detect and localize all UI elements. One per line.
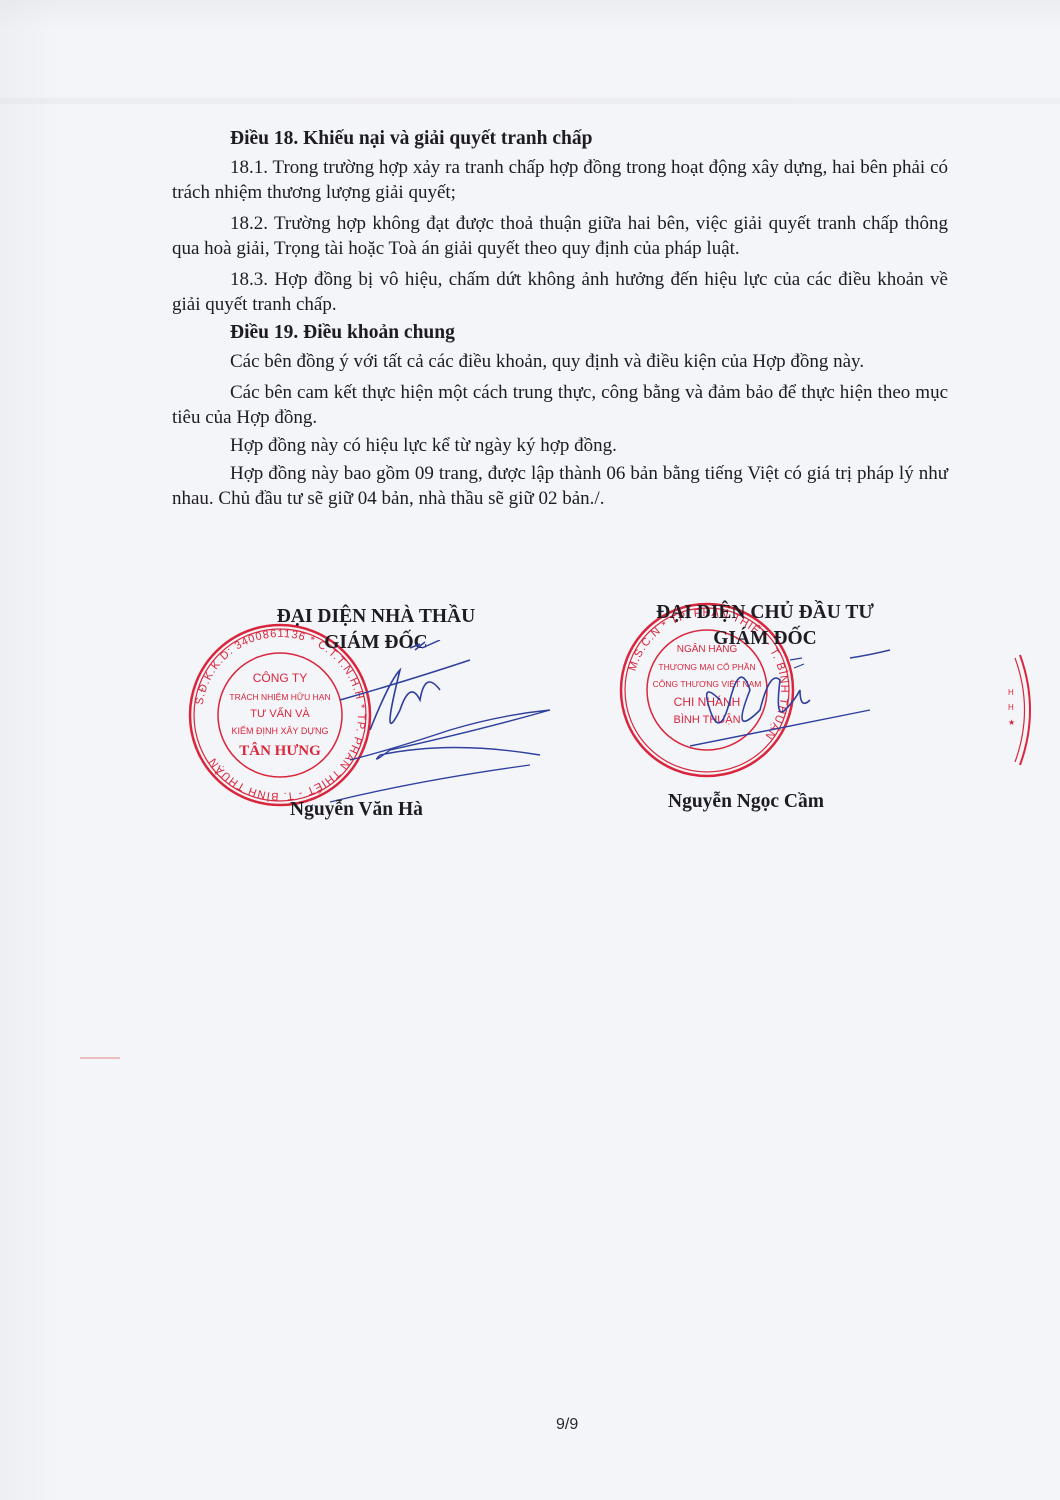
partial-edge-stamp: H H ★ (1000, 650, 1040, 770)
svg-text:CÔNG TY: CÔNG TY (253, 670, 307, 685)
svg-text:KIỂM ĐỊNH XÂY DỰNG: KIỂM ĐỊNH XÂY DỰNG (231, 725, 328, 736)
svg-text:CÔNG THƯƠNG VIỆT NAM: CÔNG THƯƠNG VIỆT NAM (653, 679, 762, 689)
margin-mark (80, 1057, 120, 1059)
clause-19-4: Hợp đồng này bao gồm 09 trang, được lập … (172, 461, 948, 511)
contract-body: Điều 18. Khiếu nại và giải quyết tranh c… (172, 126, 948, 517)
clause-19-2: Các bên cam kết thực hiện một cách trung… (172, 380, 948, 430)
clause-18-2: 18.2. Trường hợp không đạt được thoả thu… (172, 211, 948, 261)
clause-18-1: 18.1. Trong trường hợp xảy ra tranh chấp… (172, 155, 948, 205)
clause-19-3: Hợp đồng này có hiệu lực kể từ ngày ký h… (172, 433, 948, 458)
svg-text:TƯ VẤN VÀ: TƯ VẤN VÀ (250, 707, 310, 720)
contractor-signer-name: Nguyễn Văn Hà (290, 799, 423, 821)
svg-text:THƯƠNG MẠI CỔ PHẦN: THƯƠNG MẠI CỔ PHẦN (658, 661, 755, 672)
investor-title: ĐẠI DIỆN CHỦ ĐẦU TƯ (620, 600, 910, 626)
svg-text:H: H (1008, 703, 1014, 712)
svg-text:H: H (1008, 688, 1014, 697)
contractor-handwritten-signature (330, 640, 570, 810)
page-number: 9/9 (556, 1416, 578, 1434)
clause-18-3: 18.3. Hợp đồng bị vô hiệu, chấm dứt khôn… (172, 267, 948, 317)
svg-text:CHI NHÁNH: CHI NHÁNH (674, 694, 741, 709)
contractor-signature-block: ĐẠI DIỆN NHÀ THẦU GIÁM ĐỐC (236, 604, 516, 656)
article-19-heading: Điều 19. Điều khoản chung (172, 320, 948, 345)
investor-position: GIÁM ĐỐC (620, 626, 910, 652)
scan-artifact (0, 98, 1060, 104)
contractor-title: ĐẠI DIỆN NHÀ THẦU (236, 604, 516, 630)
svg-text:TÂN HƯNG: TÂN HƯNG (239, 742, 321, 759)
investor-signer-name: Nguyễn Ngọc Cầm (668, 791, 824, 813)
investor-handwritten-signature (690, 640, 930, 760)
svg-text:★: ★ (1008, 718, 1015, 727)
svg-text:TRÁCH NHIỆM HỮU HẠN: TRÁCH NHIỆM HỮU HẠN (229, 692, 330, 702)
article-18-heading: Điều 18. Khiếu nại và giải quyết tranh c… (172, 126, 948, 151)
investor-signature-block: ĐẠI DIỆN CHỦ ĐẦU TƯ GIÁM ĐỐC (620, 600, 910, 652)
svg-text:BÌNH THUẬN: BÌNH THUẬN (673, 713, 740, 726)
contractor-position: GIÁM ĐỐC (236, 630, 516, 656)
scanned-page: Điều 18. Khiếu nại và giải quyết tranh c… (0, 0, 1060, 1500)
clause-19-1: Các bên đồng ý với tất cả các điều khoản… (172, 349, 948, 374)
